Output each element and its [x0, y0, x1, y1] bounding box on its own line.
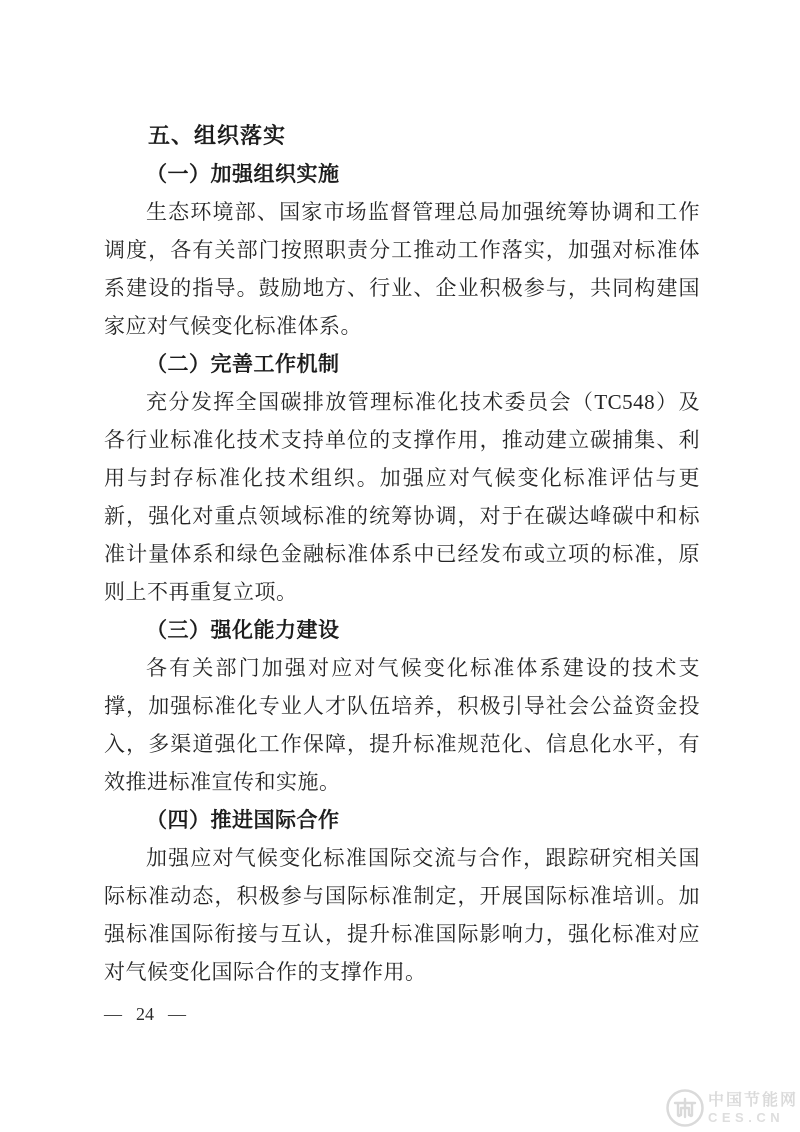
watermark-site-name: 中国节能网: [708, 1093, 798, 1109]
subsection-1-paragraph: 生态环境部、国家市场监督管理总局加强统筹协调和工作调度，各有关部门按照职责分工推…: [104, 193, 700, 345]
document-page: 五、组织落实 （一）加强组织实施 生态环境部、国家市场监督管理总局加强统筹协调和…: [0, 0, 800, 1132]
page-number: 24: [136, 1002, 154, 1026]
subsection-4: （四）推进国际合作 加强应对气候变化标准国际交流与合作，跟踪研究相关国际标准动态…: [104, 801, 700, 991]
watermark: 中国节能网 CES.CN: [665, 1088, 798, 1128]
page-number-left-dash: —: [104, 1002, 122, 1026]
subsection-1: （一）加强组织实施 生态环境部、国家市场监督管理总局加强统筹协调和工作调度，各有…: [104, 155, 700, 345]
subsection-3-heading: （三）强化能力建设: [104, 611, 700, 649]
watermark-site-domain: CES.CN: [708, 1111, 798, 1124]
section-title: 五、组织落实: [104, 117, 700, 155]
subsection-2: （二）完善工作机制 充分发挥全国碳排放管理标准化技术委员会（TC548）及各行业…: [104, 345, 700, 611]
ces-logo-icon: [665, 1088, 705, 1128]
watermark-text: 中国节能网 CES.CN: [708, 1093, 798, 1124]
page-number-right-dash: —: [168, 1002, 186, 1026]
subsection-2-paragraph: 充分发挥全国碳排放管理标准化技术委员会（TC548）及各行业标准化技术支持单位的…: [104, 383, 700, 611]
subsection-2-heading: （二）完善工作机制: [104, 345, 700, 383]
document-content: 五、组织落实 （一）加强组织实施 生态环境部、国家市场监督管理总局加强统筹协调和…: [0, 0, 800, 991]
subsection-4-heading: （四）推进国际合作: [104, 801, 700, 839]
subsection-3-paragraph: 各有关部门加强对应对气候变化标准体系建设的技术支撑，加强标准化专业人才队伍培养，…: [104, 649, 700, 801]
subsection-3: （三）强化能力建设 各有关部门加强对应对气候变化标准体系建设的技术支撑，加强标准…: [104, 611, 700, 801]
subsection-1-heading: （一）加强组织实施: [104, 155, 700, 193]
page-footer: — 24 —: [104, 1002, 186, 1026]
subsection-4-paragraph: 加强应对气候变化标准国际交流与合作，跟踪研究相关国际标准动态，积极参与国际标准制…: [104, 839, 700, 991]
